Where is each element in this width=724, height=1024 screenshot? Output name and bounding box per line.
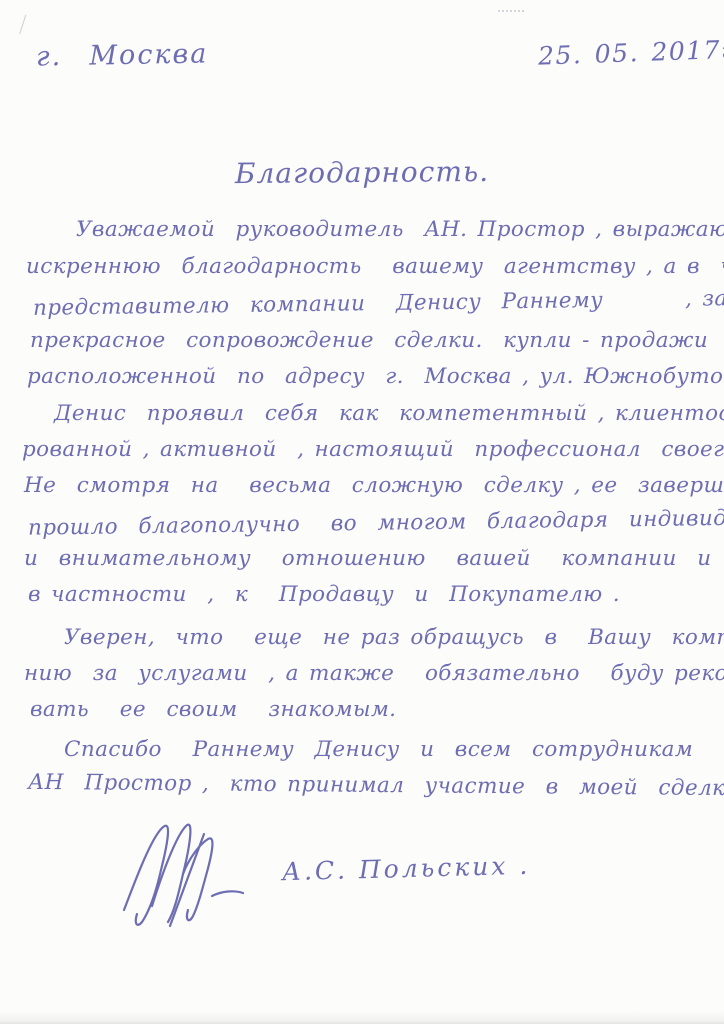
- letter-line: нию за услугами , а также обязательно бу…: [24, 657, 724, 691]
- letter-line: АН Простор , кто принимал участие в моей…: [28, 766, 724, 806]
- letter-title: Благодарность.: [0, 153, 724, 192]
- letter-line: представителю компании Денису Раннему , …: [33, 282, 724, 326]
- letter-line: вать ее своим знакомым.: [30, 693, 396, 727]
- letter-line: Денис проявил себя как компетентный , кл…: [54, 397, 724, 431]
- letter-line: прекрасное сопровождение сделки. купли -…: [30, 324, 724, 358]
- letter-line: в частности , к Продавцу и Покупателю .: [28, 578, 620, 612]
- letter-line: Уважаемой руководитель АН. Простор , выр…: [76, 213, 724, 247]
- signature-flourish-icon: [112, 814, 252, 944]
- letter-city: г. Москва: [36, 38, 209, 72]
- letter-line: искреннюю благодарность вашему агентству…: [26, 250, 724, 284]
- scanned-letter-page: г. Москва 25. 05. 2017г. Благодарность. …: [0, 0, 724, 1024]
- letter-line: рованной , активной , настоящий професси…: [22, 433, 724, 467]
- scan-artifact-dots: [498, 10, 524, 12]
- letter-line: Уверен, что еще не раз обращусь в Вашу к…: [64, 621, 724, 655]
- letter-line: Не смотря на весьма сложную сделку , ее …: [24, 469, 724, 503]
- letter-line: и внимательному отношению вашей компании…: [24, 542, 724, 576]
- letter-line: прошло благополучно во многом благодаря …: [28, 500, 724, 545]
- scan-artifact-mark: [19, 15, 36, 37]
- signature-name: А.С. Польских .: [282, 851, 531, 886]
- signature-block: А.С. Польских .: [0, 810, 724, 950]
- letter-line: расположенной по адресу г. Москва , ул. …: [27, 360, 724, 394]
- letter-date: 25. 05. 2017г.: [538, 34, 724, 70]
- letter-line: Спасибо Раннему Денису и всем сотрудника…: [64, 733, 693, 767]
